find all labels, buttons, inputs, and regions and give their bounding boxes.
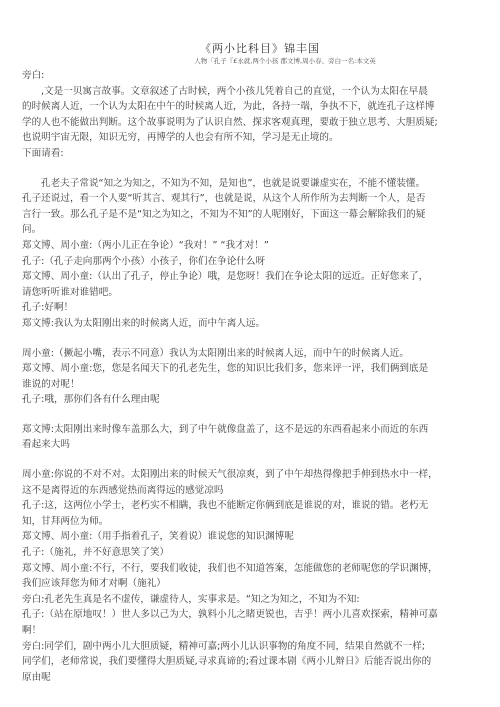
dialogue-line: 旁白:同学们，剧中两小儿大胆质疑，精神可嘉;两小儿认识事物的角度不同，结果自然就… (22, 639, 462, 655)
dialogue-line: 郑文博、周小童:（用手指着孔子，笑着说）谁说您的知识渊博呢 (22, 529, 462, 545)
dialogue-line: 周小童:你说的不对不对。太阳刚出来的时候天气很凉爽，到了中午却热得像把手伸到热水… (22, 467, 462, 483)
paragraph-line: 下面请看: (22, 146, 462, 162)
dialogue-line: 郑文博:太阳刚出来时像车盖那么大，到了中午就像盘盖了，这不是远的东西看起来小而近… (22, 422, 462, 438)
dialogue-line: 郑文博、周小童:（两小儿正在争论）“我对！” “我才对！” (22, 238, 462, 254)
dialogue-line: 啊！ (22, 623, 462, 639)
spacer (22, 453, 462, 467)
document-page: 《两小比科目》锦丰国 人物「孔子『£永就,两个小孩 郡文博,周小春、旁白一名:本… (0, 0, 500, 707)
dialogue-line: 旁白:孔老先生真是名不虚传，谦虚待人，实事求是。“知之为知之，不知为不知: (22, 592, 462, 608)
dialogue-line: 同学们，老师常说，我们要懂得大胆质疑,寻求真谛的;看过课本剧《两小儿辩日》后能否… (22, 654, 462, 670)
dialogue-line: 原由呢 (22, 670, 462, 686)
dialogue-line: 这不是离得近的东西感觉热而离得远的感觉凉吗 (22, 483, 462, 499)
dialogue-line: 孔子:（站在原地叹！）世人多以己为大，孰料小儿之睹更锐也，吉乎！两小儿喜欢探索，… (22, 607, 462, 623)
dialogue-line: 知，甘拜两位为师。 (22, 514, 462, 530)
dialogue-line: 郑文博、周小童:（认出了孔子，停止争论）哦，是您呀！我们在争论太阳的远近。正好您… (22, 269, 462, 285)
dialogue-line: 孔子:（孔子走向那两个小孩）小孩子，你们在争论什么呀 (22, 254, 462, 270)
spacer (22, 408, 462, 422)
dialogue-line: 郑文博、周小童:您，您是名闻天下的孔老先生，您的知识比我们多，您来评一评，我们俩… (22, 361, 462, 377)
paragraph-line: ,文是一贝寓言故事。文章叙述了古时候，两个小孩儿凭着自己的直觉，一个认为太阳在早… (22, 84, 462, 100)
spacer (22, 332, 462, 346)
dialogue-line: 孔子:哦，那你们各有什么理由呢 (22, 392, 462, 408)
dialogue-line: 孔子:这，这两位小学士，老朽实不相瞒，我也不能断定你俩到底是谁说的对，谁说的错。… (22, 498, 462, 514)
dialogue-line: 孔子:（施礼，并不好意思笑了笑） (22, 545, 462, 561)
paragraph-line: 的时候离人近，一个认为太阳在中午的时候离人近，为此，各持一端，争执不下，就连孔子… (22, 99, 462, 115)
paragraph-line: 也说明宇宙无限，知识无穷，再博学的人也会有所不知，学习是无止境的。 (22, 130, 462, 146)
dialogue-line: 我们应该拜您为师才对啊（施礼） (22, 576, 462, 592)
paragraph-line: 孔子还说过，看一个人要“听其言、观其行”，也就是说，从这个人所作所为去判断一个人… (22, 191, 462, 207)
spacer (22, 162, 462, 176)
dialogue-line: 看起来大吗 (22, 437, 462, 453)
paragraph-line: 学的人也不能做出判断。这个故事说明为了认识自然、探求客观真理，要敢于独立思考、大… (22, 115, 462, 131)
paragraph-line: 孔老夫子常说“知之为知之，不知为不知，是知也”，也就是说要谦虚实在，不能不懂装懂… (22, 176, 462, 192)
cast-list: 人物「孔子『£永就,两个小孩 郡文博,周小春、旁白一名:本文英 (0, 56, 500, 65)
paragraph-line: 言行一致。那么孔子是不是“知之为知之，不知为不知”的人呢刚好，下面这一幕会解除我… (22, 207, 462, 223)
speaker-line: 旁白: (22, 68, 462, 84)
dialogue-line: 谁说的对呢！ (22, 377, 462, 393)
dialogue-line: 郑文博:我认为太阳刚出来的时候离人近，而中午离人远。 (22, 316, 462, 332)
dialogue-line: 郑文博、周小童:不行，不行，要我们收徒，我们也不知道答案，怎能做您的老师呢您的学… (22, 561, 462, 577)
dialogue-line: 孔子:好啊！ (22, 300, 462, 316)
document-title: 《两小比科目》锦丰国 (0, 40, 500, 56)
dialogue-line: 请您听听谁对谁错吧。 (22, 285, 462, 301)
dialogue-line: 周小童:（撅起小嘴，表示不同意）我认为太阳刚出来的时候离人远，而中午的时候离人近… (22, 346, 462, 362)
document-body: 旁白: ,文是一贝寓言故事。文章叙述了古时候，两个小孩儿凭着自己的直觉，一个认为… (22, 68, 462, 685)
paragraph-line: 问。 (22, 222, 462, 238)
